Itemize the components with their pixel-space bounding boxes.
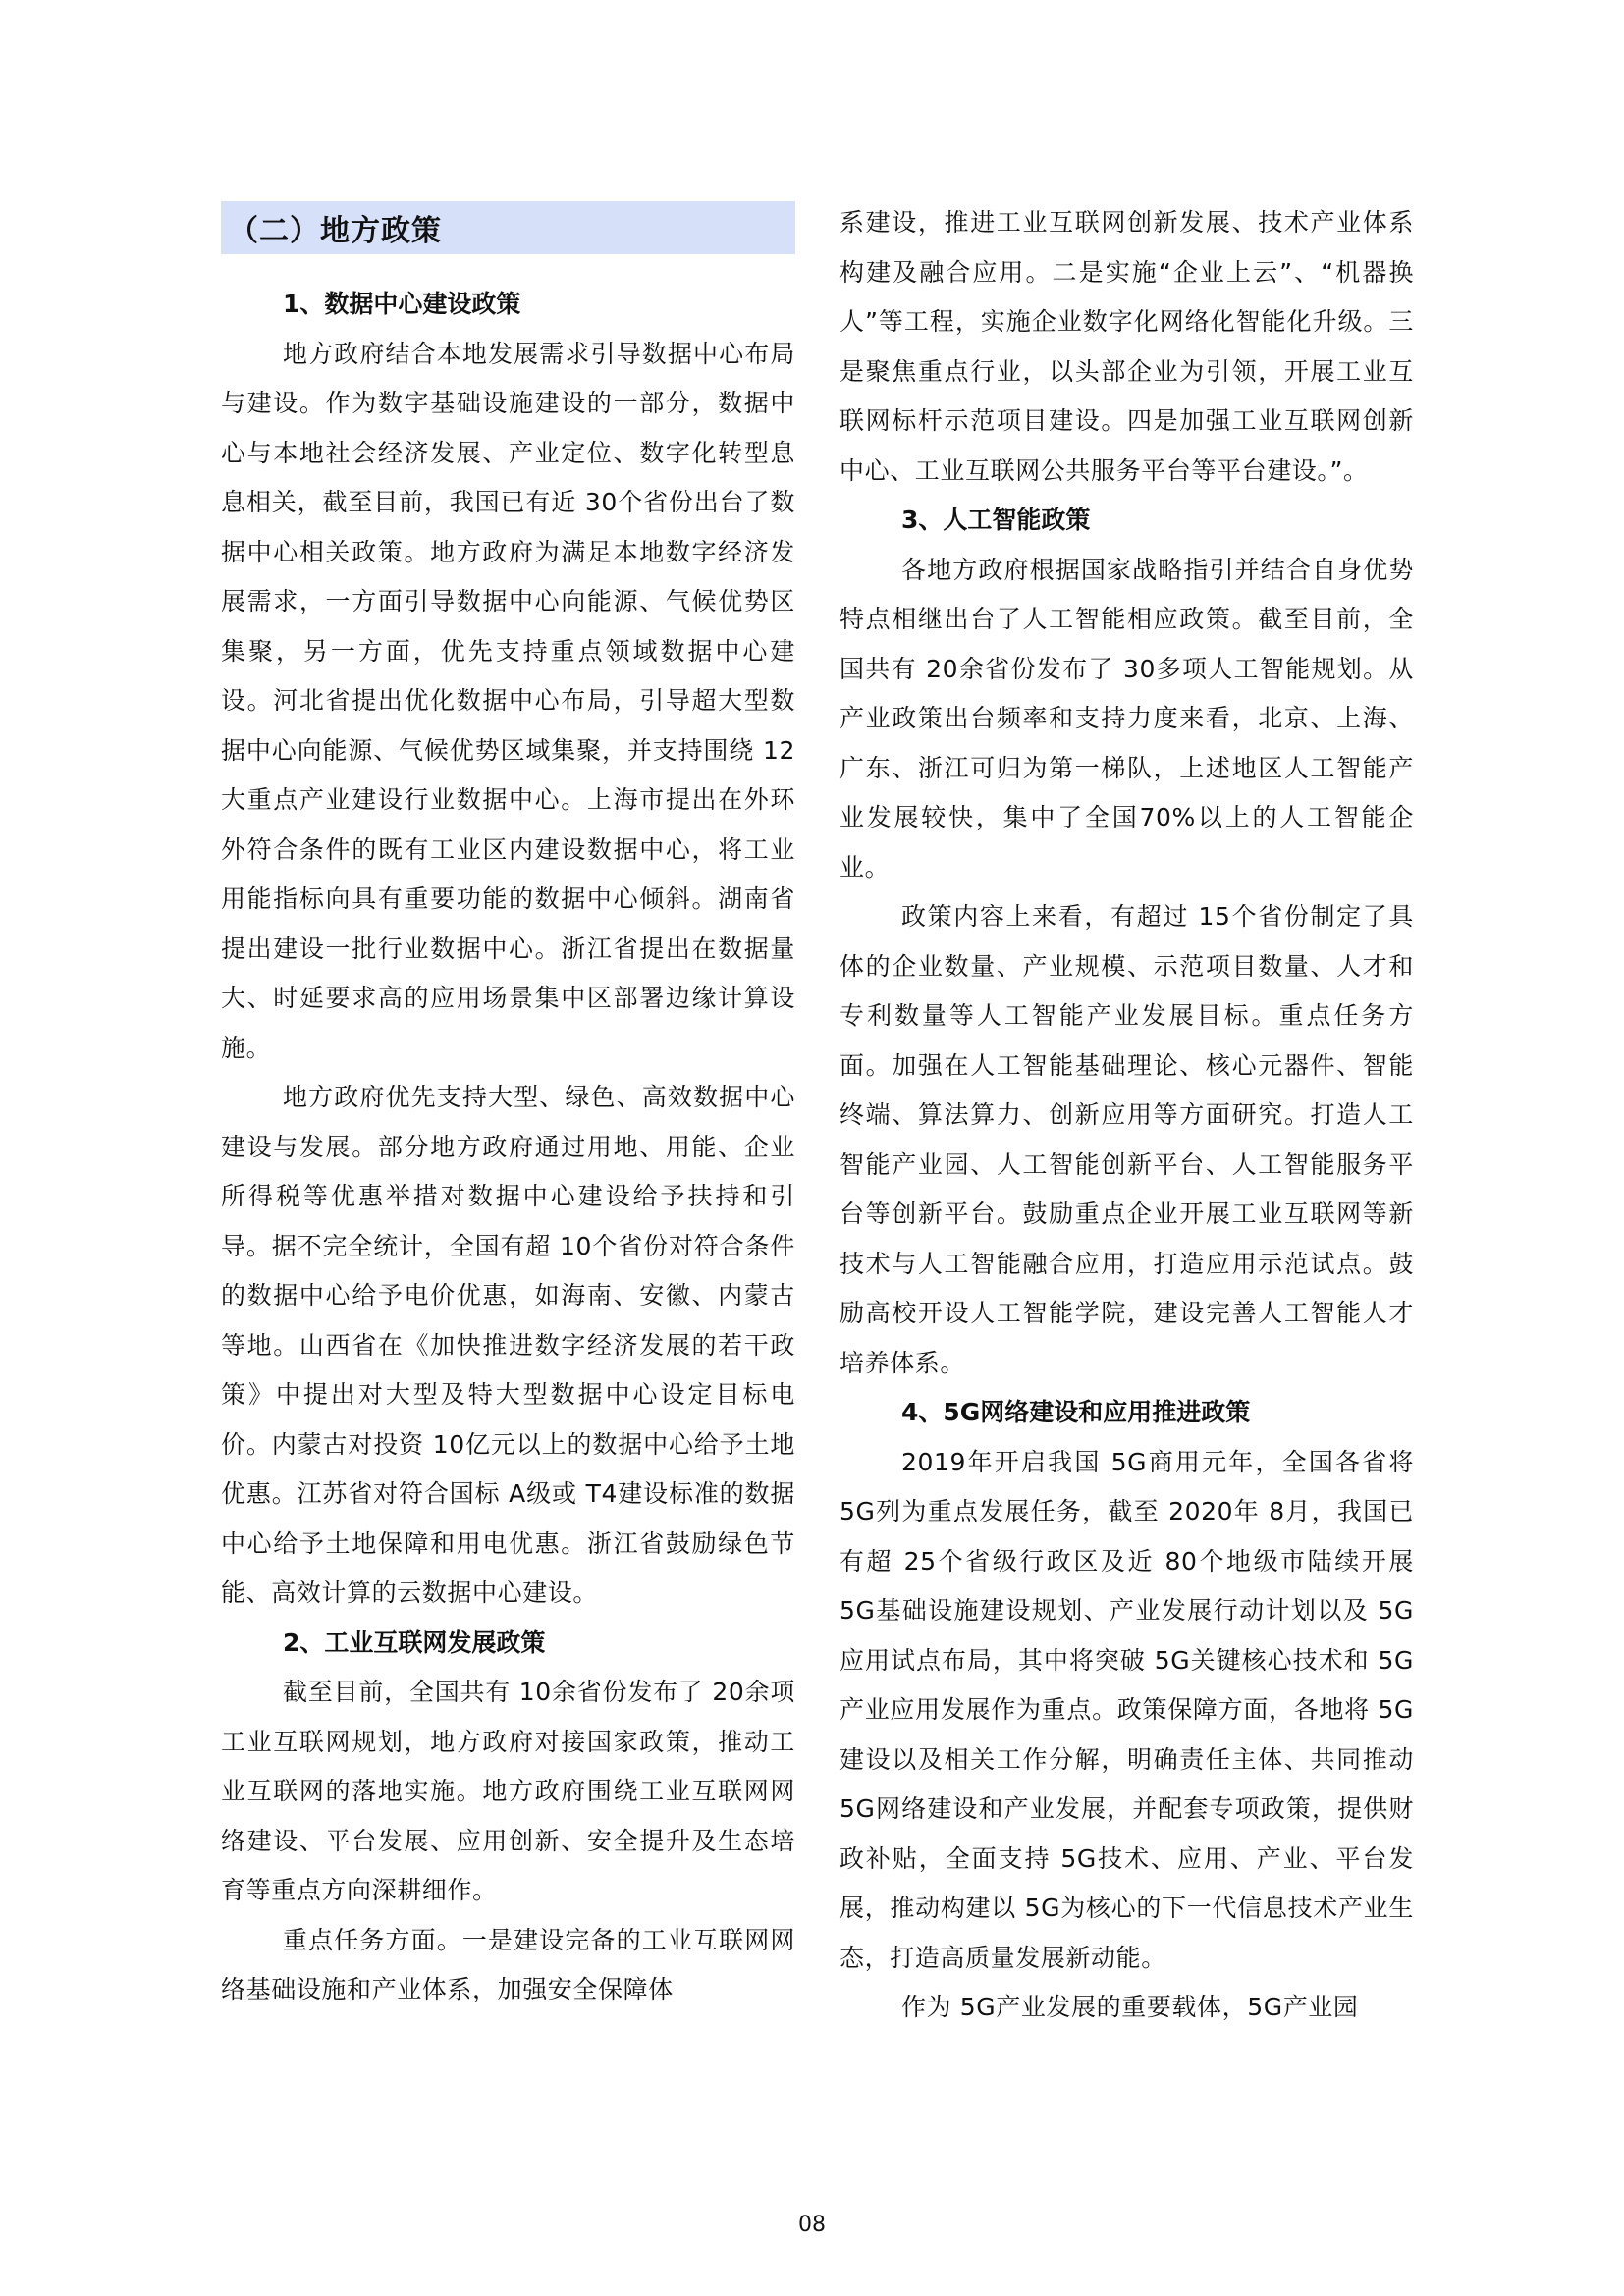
heading-ai-policy: 3、人工智能政策 — [839, 496, 1414, 546]
paragraph-continued: 系建设，推进工业互联网创新发展、技术产业体系构建及融合应用。二是实施“企业上云”… — [839, 198, 1414, 496]
paragraph: 2019年开启我国 5G商用元年，全国各省将 5G列为重点发展任务，截至 202… — [839, 1438, 1414, 1984]
section-header-bar: （二）地方政策 — [221, 201, 795, 254]
paragraph: 作为 5G产业发展的重要载体，5G产业园 — [839, 1983, 1414, 2033]
paragraph: 截至目前，全国共有 10余省份发布了 20余项工业互联网规划，地方政府对接国家政… — [221, 1668, 795, 1916]
paragraph: 地方政府优先支持大型、绿色、高效数据中心建设与发展。部分地方政府通过用地、用能、… — [221, 1073, 795, 1619]
page-number: 08 — [0, 2213, 1624, 2237]
paragraph: 重点任务方面。一是建设完备的工业互联网网络基础设施和产业体系，加强安全保障体 — [221, 1916, 795, 2015]
heading-industrial-internet-policy: 2、工业互联网发展政策 — [221, 1619, 795, 1669]
paragraph: 政策内容上来看，有超过 15个省份制定了具体的企业数量、产业规模、示范项目数量、… — [839, 892, 1414, 1388]
paragraph: 地方政府结合本地发展需求引导数据中心布局与建设。作为数字基础设施建设的一部分，数… — [221, 330, 795, 1074]
section-title: （二）地方政策 — [229, 206, 442, 249]
left-column: （二）地方政策 1、数据中心建设政策 地方政府结合本地发展需求引导数据中心布局与… — [221, 201, 795, 2015]
paragraph: 各地方政府根据国家战略指引并结合自身优势特点相继出台了人工智能相应政策。截至目前… — [839, 546, 1414, 893]
heading-data-center-policy: 1、数据中心建设政策 — [221, 280, 795, 330]
right-column: 系建设，推进工业互联网创新发展、技术产业体系构建及融合应用。二是实施“企业上云”… — [839, 198, 1414, 2033]
heading-5g-policy: 4、5G网络建设和应用推进政策 — [839, 1388, 1414, 1438]
